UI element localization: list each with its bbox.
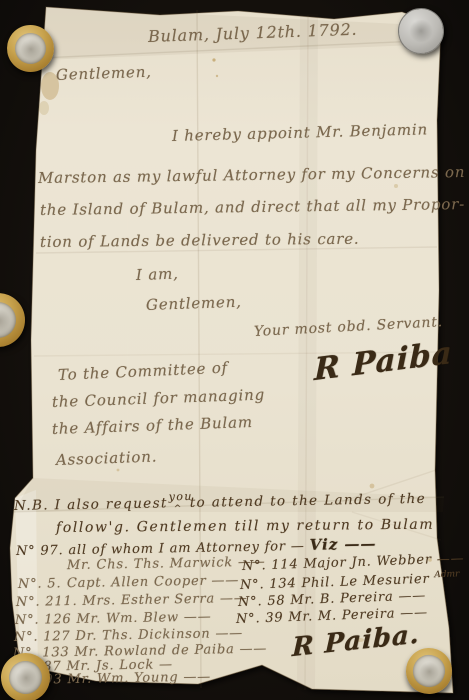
coin-emboss bbox=[407, 18, 434, 44]
closing-servant: Your most obd. Servant. bbox=[254, 314, 444, 340]
entry-name: Major Jn. Webber —— bbox=[303, 551, 464, 572]
dateline: Bulam, July 12th. 1792. bbox=[148, 20, 358, 46]
postscript-signature: R Paiba. bbox=[291, 619, 420, 663]
viz-word: Viz —— bbox=[309, 535, 376, 554]
list-row: N°. 126 Mr. Wm. Blew —— bbox=[15, 610, 212, 628]
entry-no: N°. 58 bbox=[238, 593, 286, 610]
list-row: N°. 211. Mrs. Esther Serra —— bbox=[16, 591, 248, 610]
address-line-4: Association. bbox=[56, 447, 158, 469]
letter-text: Bulam, July 12th. 1792. Gentlemen, I her… bbox=[0, 0, 469, 700]
nb-line-1: N.B. I also requestyou^to attend to the … bbox=[14, 491, 426, 514]
nb-line-1b: to attend to the Lands of the bbox=[190, 491, 427, 511]
entry-no: N°. 114 bbox=[242, 557, 299, 574]
body-line-4: tion of Lands be delivered to his care. bbox=[40, 230, 360, 251]
entry-name: Capt. Allen Cooper —— bbox=[67, 573, 239, 591]
body-line-2: Marston as my lawful Attorney for my Con… bbox=[38, 163, 466, 187]
entry-name: Mr. Wm. Young —— bbox=[67, 670, 211, 688]
address-line-1: To the Committee of bbox=[58, 359, 229, 384]
entry-no: N°. 126 bbox=[15, 612, 72, 628]
entry-name: Mr. Wm. Blew —— bbox=[76, 610, 211, 627]
entry-annotation: Admr bbox=[434, 569, 459, 580]
entry-no: N°. 5. bbox=[18, 576, 62, 592]
caret-mark: ^ bbox=[174, 504, 183, 514]
entry-no bbox=[18, 569, 62, 570]
entry-name: Mrs. Esther Serra —— bbox=[82, 591, 247, 609]
closing-i-am: I am, bbox=[136, 265, 179, 284]
entry-no: N°. 211. bbox=[16, 594, 78, 610]
address-line-2: the Council for managing bbox=[52, 386, 266, 411]
list-row: N°. 5. Capt. Allen Cooper —— bbox=[18, 573, 239, 592]
entry-name: Dr. Ths. Dickinson —— bbox=[75, 626, 243, 644]
entry-no-97: N° 97. bbox=[16, 543, 64, 559]
body-line-3: the Island of Bulam, and direct that all… bbox=[40, 195, 465, 219]
photo-of-document: Bulam, July 12th. 1792. Gentlemen, I her… bbox=[0, 0, 469, 700]
nb-line-1a: N.B. I also request bbox=[14, 495, 168, 514]
entry-no: N°. 39 bbox=[236, 610, 284, 627]
salutation: Gentlemen, bbox=[56, 63, 152, 84]
inserted-word-text: you bbox=[169, 490, 193, 503]
list-row: Mr. Chs. Ths. Marwick —— bbox=[18, 555, 266, 574]
entry-no: N°. 134 bbox=[240, 576, 297, 593]
address-line-3: the Affairs of the Bulam bbox=[52, 413, 253, 438]
inserted-word: you^ bbox=[168, 506, 190, 507]
closing-gentlemen: Gentlemen, bbox=[146, 293, 242, 314]
body-line-1: I hereby appoint Mr. Benjamin bbox=[172, 120, 428, 145]
entry-name: Mr. Chs. Ths. Marwick —— bbox=[67, 555, 266, 573]
nb-line-2: follow'g. Gentlemen till my return to Bu… bbox=[56, 517, 434, 536]
main-signature: R Paiba bbox=[314, 335, 453, 388]
entry-no: N°. 127 bbox=[14, 629, 71, 645]
